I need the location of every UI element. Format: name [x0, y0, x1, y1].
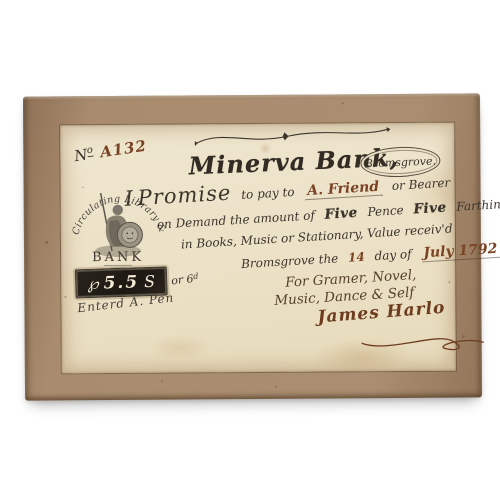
- bearer-text: or Bearer: [391, 176, 450, 193]
- serial-number: NoA132: [73, 137, 148, 165]
- five-pence-word: Five: [324, 205, 358, 223]
- day-of-text: day of: [374, 247, 412, 263]
- demand-text: on Demand the amount of: [156, 208, 315, 231]
- pence-word: Pence: [367, 203, 404, 219]
- serial-number-value: A132: [99, 137, 148, 162]
- place-text: Bromsgrove the: [241, 251, 339, 271]
- promise-word: Promise: [137, 181, 232, 211]
- panel-right-ornament: S: [144, 272, 156, 291]
- pay-to-text: to pay to: [241, 185, 295, 202]
- alternate-value-text: or 6: [171, 272, 195, 287]
- serial-label-superscript: o: [86, 145, 94, 158]
- panel-left-ornament: ℘: [87, 274, 99, 293]
- payee-name: A. Friend: [304, 179, 383, 201]
- town-name: Bromsgrove.: [365, 154, 437, 170]
- five-farthings-word: Five: [413, 199, 447, 217]
- alternate-value-superscript: d: [193, 272, 199, 282]
- alternate-value: or 6d: [171, 272, 200, 288]
- bank-label: BANK: [92, 250, 144, 265]
- note-paper: NoA132 Minerva Bank, Bromsgrove. Circula…: [60, 123, 456, 374]
- day-manuscript: 14: [348, 250, 366, 265]
- promise-initial: I: [124, 186, 135, 211]
- signature-flourish: [358, 330, 488, 353]
- panel-value: 5.5: [103, 272, 139, 293]
- photo-background: { "colors": { "background": "#ffffff", "…: [0, 0, 500, 500]
- farthings-word: Farthings: [456, 196, 500, 213]
- framed-note: NoA132 Minerva Bank, Bromsgrove. Circula…: [23, 93, 482, 400]
- date-manuscript: July 1792: [421, 241, 500, 263]
